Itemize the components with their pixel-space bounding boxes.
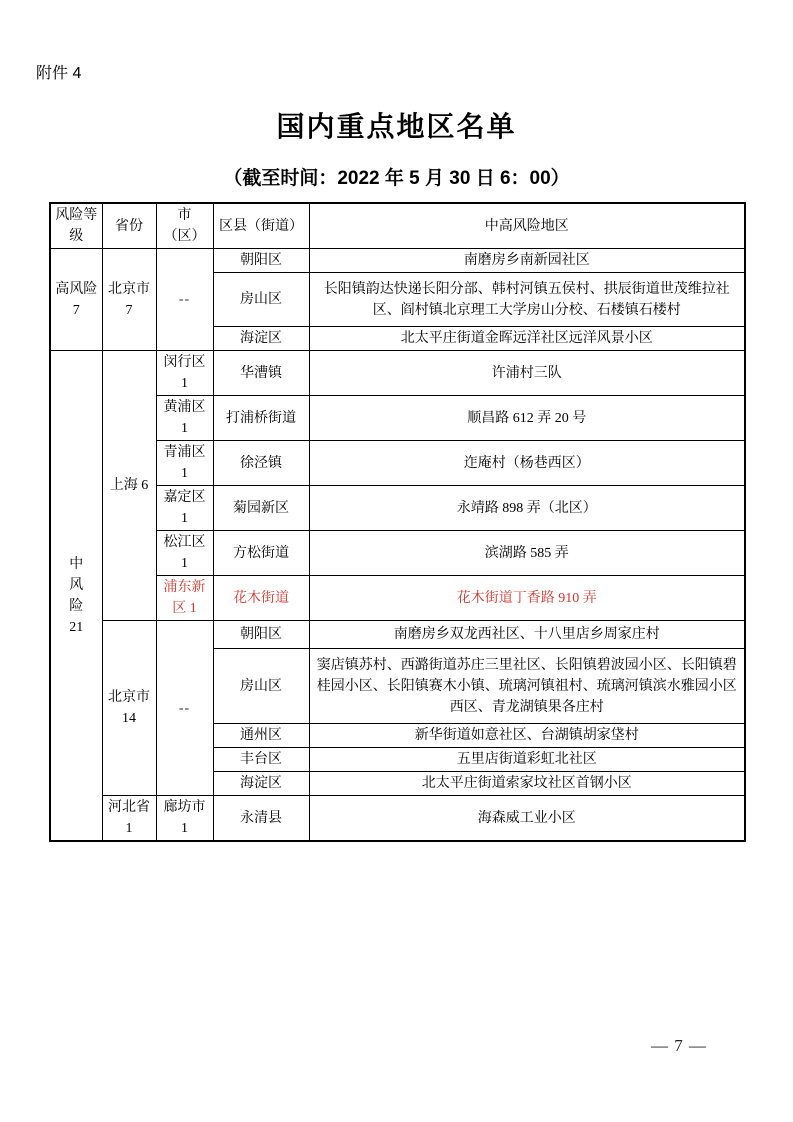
cell-areas: 南磨房乡双龙西社区、十八里店乡周家庄村	[309, 621, 745, 649]
cell-district: 华漕镇	[213, 351, 309, 396]
cell-city: 青浦区 1	[156, 441, 213, 486]
risk-area-table: 风险等 级 省份 市（区） 区县（街道） 中高风险地区 高风险 7 北京市 7 …	[49, 202, 746, 842]
table-header-row: 风险等 级 省份 市（区） 区县（街道） 中高风险地区	[50, 203, 745, 249]
cell-district: 通州区	[213, 724, 309, 748]
cell-risk-level-medium: 中 风 险 21	[50, 351, 102, 842]
cell-district: 海淀区	[213, 772, 309, 796]
cell-district: 徐泾镇	[213, 441, 309, 486]
attachment-label: 附件 4	[36, 60, 81, 83]
document-page: 附件 4 国内重点地区名单 （截至时间：2022 年 5 月 30 日 6：00…	[0, 0, 793, 1122]
cell-province-hebei: 河北省 1	[102, 796, 156, 842]
cell-district: 房山区	[213, 273, 309, 327]
cell-areas: 北太平庄街道金晖远洋社区远洋风景小区	[309, 327, 745, 351]
cell-areas: 海森威工业小区	[309, 796, 745, 842]
cell-areas: 永靖路 898 弄（北区）	[309, 486, 745, 531]
cell-city-pudong: 浦东新 区 1	[156, 576, 213, 621]
cell-district: 海淀区	[213, 327, 309, 351]
page-number: — 7 —	[651, 1036, 707, 1056]
cell-areas: 南磨房乡南新园社区	[309, 249, 745, 273]
cell-province-beijing-medium: 北京市 14	[102, 621, 156, 796]
table-row: 河北省 1 廊坊市 1 永清县 海森威工业小区	[50, 796, 745, 842]
col-header-risk-level: 风险等 级	[50, 203, 102, 249]
cell-city-dash-high: --	[156, 249, 213, 351]
cell-district: 永清县	[213, 796, 309, 842]
cell-province-shanghai: 上海 6	[102, 351, 156, 621]
cell-district: 菊园新区	[213, 486, 309, 531]
col-header-district: 区县（街道）	[213, 203, 309, 249]
col-header-areas: 中高风险地区	[309, 203, 745, 249]
cell-areas: 北太平庄街道索家坟社区首钢小区	[309, 772, 745, 796]
cell-areas: 许浦村三队	[309, 351, 745, 396]
cell-district: 朝阳区	[213, 621, 309, 649]
cell-district: 朝阳区	[213, 249, 309, 273]
col-header-province: 省份	[102, 203, 156, 249]
cell-areas: 长阳镇韵达快递长阳分部、韩村河镇五侯村、拱辰街道世茂维拉社区、阎村镇北京理工大学…	[309, 273, 745, 327]
cell-city: 嘉定区 1	[156, 486, 213, 531]
table-row: 北京市 14 -- 朝阳区 南磨房乡双龙西社区、十八里店乡周家庄村	[50, 621, 745, 649]
cell-city-langfang: 廊坊市 1	[156, 796, 213, 842]
cell-province-beijing-high: 北京市 7	[102, 249, 156, 351]
page-subtitle: （截至时间：2022 年 5 月 30 日 6：00）	[0, 163, 793, 190]
cell-areas: 窦店镇苏村、西潞街道苏庄三里社区、长阳镇碧波园小区、长阳镇碧桂园小区、长阳镇赛木…	[309, 649, 745, 724]
cell-district: 方松街道	[213, 531, 309, 576]
cell-city: 松江区 1	[156, 531, 213, 576]
cell-areas: 迮庵村（杨巷西区）	[309, 441, 745, 486]
table-row: 中 风 险 21 上海 6 闵行区 1 华漕镇 许浦村三队	[50, 351, 745, 396]
col-header-city: 市（区）	[156, 203, 213, 249]
cell-city-dash-medium: --	[156, 621, 213, 796]
cell-district: 打浦桥街道	[213, 396, 309, 441]
table-row: 高风险 7 北京市 7 -- 朝阳区 南磨房乡南新园社区	[50, 249, 745, 273]
page-title: 国内重点地区名单	[0, 105, 793, 145]
cell-district: 丰台区	[213, 748, 309, 772]
cell-areas: 新华街道如意社区、台湖镇胡家垡村	[309, 724, 745, 748]
cell-areas: 花木街道丁香路 910 弄	[309, 576, 745, 621]
cell-city: 闵行区 1	[156, 351, 213, 396]
cell-risk-level-high: 高风险 7	[50, 249, 102, 351]
cell-areas: 滨湖路 585 弄	[309, 531, 745, 576]
cell-district: 花木街道	[213, 576, 309, 621]
cell-areas: 五里店街道彩虹北社区	[309, 748, 745, 772]
cell-district: 房山区	[213, 649, 309, 724]
cell-city: 黄浦区 1	[156, 396, 213, 441]
cell-areas: 顺昌路 612 弄 20 号	[309, 396, 745, 441]
